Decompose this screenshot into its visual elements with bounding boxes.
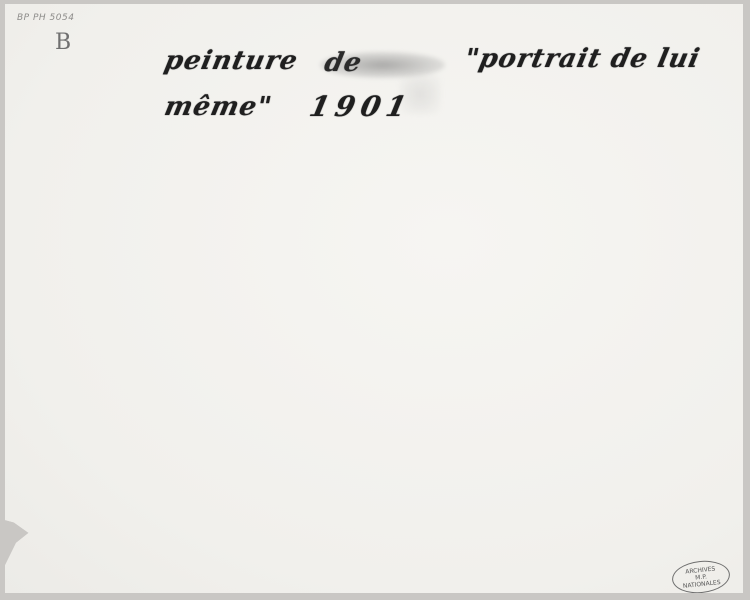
handwriting-year: 1901 (306, 90, 415, 123)
handwriting-crossed-word: de (322, 48, 365, 78)
photo-verso-paper: BP PH 5054 B peinture de "portrait de lu… (5, 4, 743, 593)
catalog-number: BP PH 5054 (17, 13, 74, 23)
archives-stamp: ARCHIVES M.P. NATIONALES (670, 558, 731, 596)
stamp-line-3: NATIONALES (683, 579, 721, 590)
handwriting-peinture: peinture (162, 46, 301, 76)
letter-mark: B (55, 30, 71, 55)
handwriting-meme: même" (162, 92, 275, 122)
handwriting-portrait-title: "portrait de lui (462, 44, 703, 74)
